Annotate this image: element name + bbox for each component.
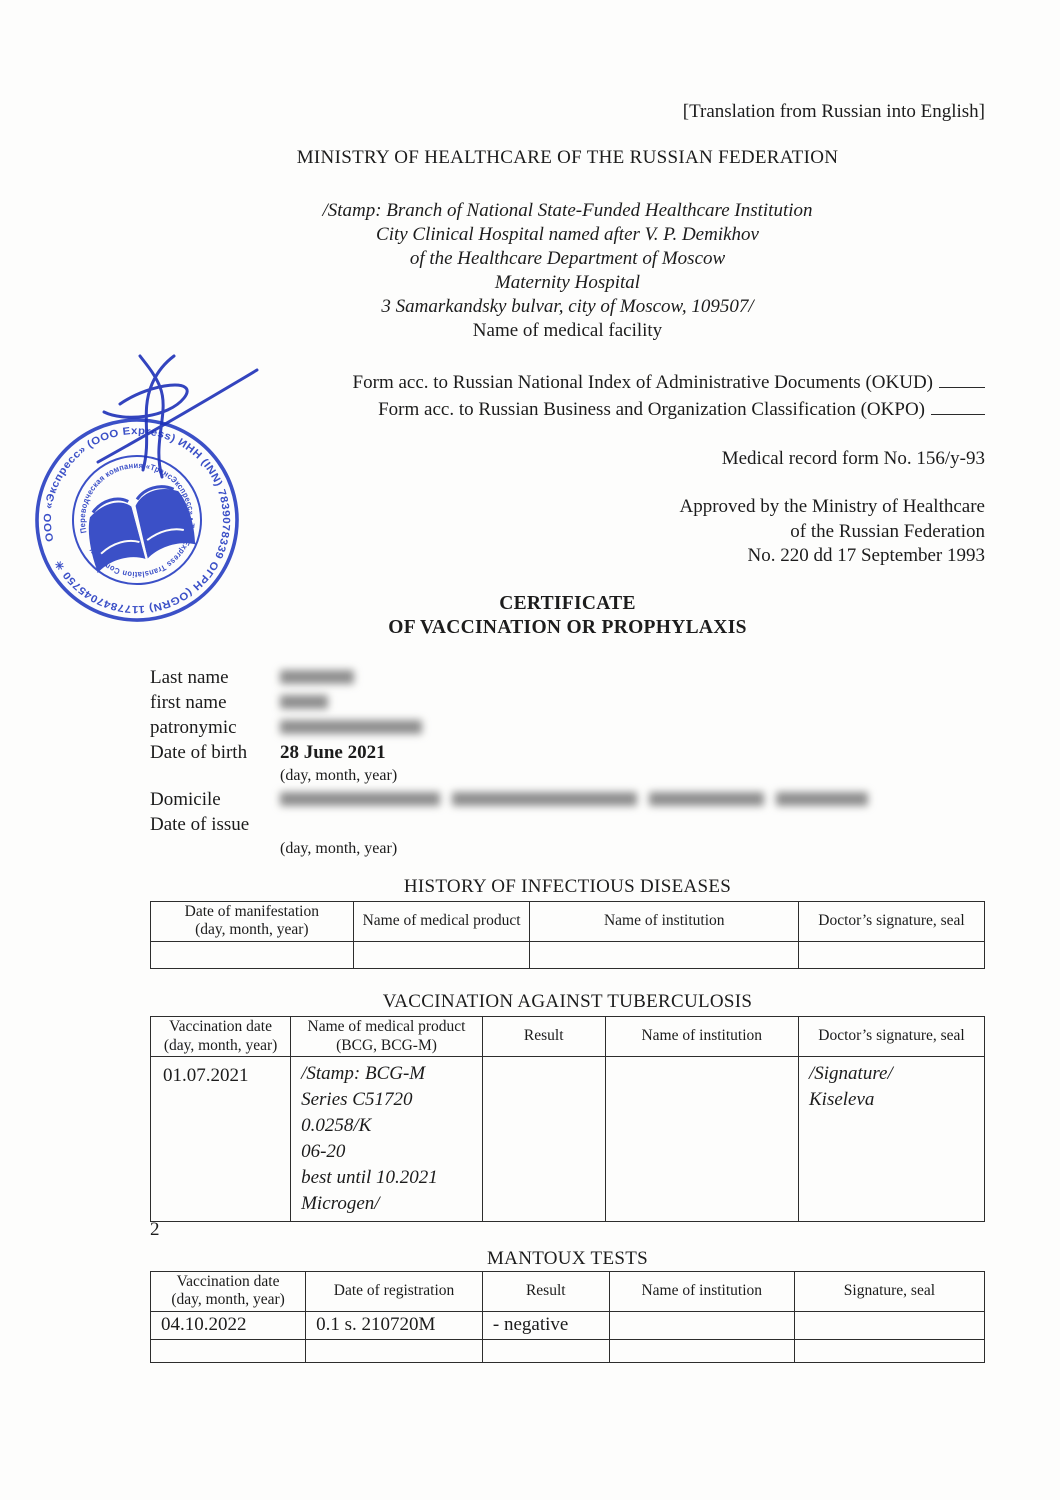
- facility-stamp-block: /Stamp: Branch of National State-Funded …: [150, 199, 985, 343]
- institution-cell: [605, 1057, 798, 1222]
- okpo-line: Form acc. to Russian Business and Organi…: [150, 396, 985, 423]
- approval-line: Approved by the Ministry of Healthcare: [150, 495, 985, 520]
- tuberculosis-section-heading: VACCINATION AGAINST TUBERCULOSIS: [150, 990, 985, 1014]
- history-section-heading: HISTORY OF INFECTIOUS DISEASES: [150, 875, 985, 899]
- history-header-cell: Doctor’s signature, seal: [799, 902, 985, 942]
- tuberculosis-header-cell: Name of institution: [605, 1017, 798, 1057]
- table-cell: [482, 1339, 609, 1362]
- date-of-issue-label: Date of issue: [150, 813, 249, 837]
- okud-blank-field: [939, 373, 985, 388]
- table-cell: [151, 941, 354, 968]
- facility-stamp-line: Maternity Hospital: [150, 271, 985, 295]
- okpo-blank-field: [931, 400, 985, 415]
- stamp-ring-group: ООО «Экспресс» (ООО Express) ИНН (INN) 7…: [16, 399, 258, 641]
- vaccination-date-cell: 01.07.2021: [151, 1057, 291, 1222]
- table-cell: [530, 941, 799, 968]
- mantoux-section-heading: MANTOUX TESTS: [150, 1247, 985, 1271]
- facility-stamp-line: /Stamp: Branch of National State-Funded …: [150, 199, 985, 223]
- first-name-label: first name: [150, 691, 227, 715]
- domicile-label: Domicile: [150, 788, 221, 812]
- facility-stamp-line: 3 Samarkandsky bulvar, city of Moscow, 1…: [150, 295, 985, 319]
- page-number: 2: [150, 1218, 160, 1242]
- tuberculosis-table: Vaccination date (day, month, year) Name…: [150, 1016, 985, 1222]
- document-title: CERTIFICATE OF VACCINATION OR PROPHYLAXI…: [150, 592, 985, 640]
- medical-product-stamp-cell: /Stamp: BCG-M Series C51720 0.0258/K 06-…: [291, 1057, 483, 1222]
- approval-block: Approved by the Ministry of Healthcare o…: [150, 495, 985, 569]
- field-first-name: first name: [150, 691, 985, 716]
- tuberculosis-header-cell: Result: [482, 1017, 605, 1057]
- tuberculosis-header-cell: Vaccination date (day, month, year): [151, 1017, 291, 1057]
- date-format-hint: (day, month, year): [280, 839, 397, 859]
- tuberculosis-header-cell: Name of medical product (BCG, BCG-M): [291, 1017, 483, 1057]
- history-header-row: Date of manifestation (day, month, year)…: [151, 902, 985, 942]
- history-header-cell: Name of institution: [530, 902, 799, 942]
- doctor-signature-cell: /Signature/ Kiseleva: [799, 1057, 985, 1222]
- history-table: Date of manifestation (day, month, year)…: [150, 901, 985, 969]
- title-line-2: OF VACCINATION OR PROPHYLAXIS: [150, 616, 985, 640]
- date-of-birth-label: Date of birth: [150, 741, 247, 765]
- scanned-document-page: [Translation from Russian into English] …: [0, 0, 1060, 1500]
- table-cell: [353, 941, 530, 968]
- signature-cell: [794, 1311, 984, 1339]
- registration-date-cell: 0.1 s. 210720M: [306, 1311, 483, 1339]
- result-cell: [482, 1057, 605, 1222]
- personal-data-fields: Last name first name patronymic Date of …: [150, 666, 985, 861]
- tuberculosis-record-row: 01.07.2021 /Stamp: BCG-M Series C51720 0…: [151, 1057, 985, 1222]
- mantoux-header-cell: Result: [482, 1272, 609, 1312]
- facility-stamp-line: of the Healthcare Department of Moscow: [150, 247, 985, 271]
- facility-caption: Name of medical facility: [150, 319, 985, 343]
- mantoux-header-row: Vaccination date (day, month, year) Date…: [151, 1272, 985, 1312]
- approval-line: of the Russian Federation: [150, 520, 985, 545]
- ministry-heading: MINISTRY OF HEALTHCARE OF THE RUSSIAN FE…: [150, 146, 985, 170]
- field-date-of-issue: Date of issue: [150, 813, 985, 838]
- field-last-name: Last name: [150, 666, 985, 691]
- mantoux-header-cell: Vaccination date (day, month, year): [151, 1272, 306, 1312]
- table-cell: [306, 1339, 483, 1362]
- mantoux-empty-row: [151, 1339, 985, 1362]
- institution-cell: [609, 1311, 794, 1339]
- field-domicile: Domicile: [150, 788, 985, 813]
- title-line-1: CERTIFICATE: [150, 592, 985, 616]
- table-cell: [151, 1339, 306, 1362]
- tuberculosis-header-row: Vaccination date (day, month, year) Name…: [151, 1017, 985, 1057]
- field-date-of-birth: Date of birth 28 June 2021: [150, 741, 985, 766]
- mantoux-record-row: 04.10.2022 0.1 s. 210720M - negative: [151, 1311, 985, 1339]
- facility-stamp-line: City Clinical Hospital named after V. P.…: [150, 223, 985, 247]
- history-header-cell: Name of medical product: [353, 902, 530, 942]
- tuberculosis-header-cell: Doctor’s signature, seal: [799, 1017, 985, 1057]
- approval-line: No. 220 dd 17 September 1993: [150, 544, 985, 569]
- vaccination-date-cell: 04.10.2022: [151, 1311, 306, 1339]
- pen-signature-scribble: [98, 356, 257, 477]
- table-cell: [799, 941, 985, 968]
- last-name-label: Last name: [150, 666, 229, 690]
- okud-line: Form acc. to Russian National Index of A…: [150, 369, 985, 396]
- table-cell: [794, 1339, 984, 1362]
- history-empty-row: [151, 941, 985, 968]
- domicile-redacted-value: [280, 788, 868, 806]
- first-name-redacted-value: [280, 695, 328, 709]
- history-header-cell: Date of manifestation (day, month, year): [151, 902, 354, 942]
- field-patronymic: patronymic: [150, 716, 985, 741]
- result-cell: - negative: [482, 1311, 609, 1339]
- medical-record-form-number: Medical record form No. 156/y-93: [150, 447, 985, 471]
- translation-note: [Translation from Russian into English]: [683, 100, 985, 124]
- date-of-birth-value: 28 June 2021: [280, 741, 386, 765]
- mantoux-header-cell: Date of registration: [306, 1272, 483, 1312]
- date-format-hint: (day, month, year): [280, 766, 397, 786]
- mantoux-header-cell: Signature, seal: [794, 1272, 984, 1312]
- table-cell: [609, 1339, 794, 1362]
- mantoux-table: Vaccination date (day, month, year) Date…: [150, 1271, 985, 1363]
- last-name-redacted-value: [280, 670, 354, 684]
- mantoux-header-cell: Name of institution: [609, 1272, 794, 1312]
- translation-company-stamp: ООО «Экспресс» (ООО Express) ИНН (INN) 7…: [12, 342, 262, 642]
- patronymic-label: patronymic: [150, 716, 237, 740]
- form-classification-lines: Form acc. to Russian National Index of A…: [150, 369, 985, 423]
- patronymic-redacted-value: [280, 720, 422, 734]
